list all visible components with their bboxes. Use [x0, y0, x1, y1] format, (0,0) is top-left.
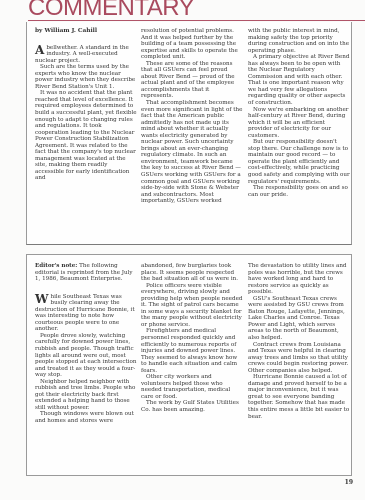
page-number: 19 [345, 479, 353, 486]
paragraph: A primary objective at River Bend has al… [248, 54, 350, 106]
drop-cap: W [35, 295, 48, 303]
paragraph: These are some of the reasons that all G… [141, 61, 243, 100]
paragraph: That accomplishment becomes even more si… [141, 100, 243, 205]
paragraph: Contract crews from Louisiana and Texas … [248, 342, 350, 375]
paragraph: Hurricane Bonnie caused a lot of damage … [248, 374, 350, 420]
paragraph: Though windows were blown out and homes … [35, 411, 137, 424]
paragraph: The work by Gulf States Utilities Co. ha… [141, 400, 243, 413]
paragraph: The responsibility goes on and so can ou… [248, 185, 350, 198]
paragraph: Police officers were visible everywhere,… [141, 283, 243, 329]
paragraph: abandoned, few burglaries took place. It… [141, 263, 243, 283]
section-title: COMMENTARY [28, 0, 194, 21]
paragraph: It was no accident that the plant reache… [35, 90, 137, 182]
column-1: by William J. Cahill A bellwether. A sta… [35, 28, 137, 182]
column-3: The devastation to utility lines and pol… [248, 263, 350, 420]
paragraph: Now we're embarking on another half-cent… [248, 107, 350, 140]
column-2: abandoned, few burglaries took place. It… [141, 263, 243, 414]
drop-cap: A [35, 46, 44, 54]
editors-note: Editor's note: The following editorial i… [35, 263, 137, 283]
paragraph: Other city workers and volunteers helped… [141, 374, 243, 400]
paragraph: Neighbor helped neighbor with rubbish an… [35, 379, 137, 412]
column-1: Editor's note: The following editorial i… [35, 263, 137, 425]
column-2: resolution of potential problems. And it… [141, 28, 243, 205]
paragraph: People drove slowly, watching carefully … [35, 333, 137, 379]
header-rule [28, 20, 365, 21]
paragraph: The devastation to utility lines and pol… [248, 263, 350, 296]
lead-paragraph: While Southeast Texas was busily clearin… [35, 294, 137, 333]
paragraph: Firefighters and medical personnel respo… [141, 328, 243, 374]
column-3: with the public interest in mind, making… [248, 28, 350, 198]
paragraph: GSU's Southeast Texas crews were assiste… [248, 296, 350, 342]
byline: by William J. Cahill [35, 28, 137, 35]
paragraph: Such are the terms used by the experts w… [35, 64, 137, 90]
article-editorial-reprint: Editor's note: The following editorial i… [26, 254, 352, 476]
paragraph: But our responsibility doesn't stop ther… [248, 139, 350, 185]
editors-note-label: Editor's note: [35, 263, 77, 269]
lead-paragraph: A bellwether. A standard in the industry… [35, 45, 137, 65]
paragraph: with the public interest in mind, making… [248, 28, 350, 54]
section-header: COMMENTARY [28, 0, 365, 22]
article-cahill: by William J. Cahill A bellwether. A sta… [26, 22, 352, 245]
paragraph: resolution of potential problems. And it… [141, 28, 243, 61]
